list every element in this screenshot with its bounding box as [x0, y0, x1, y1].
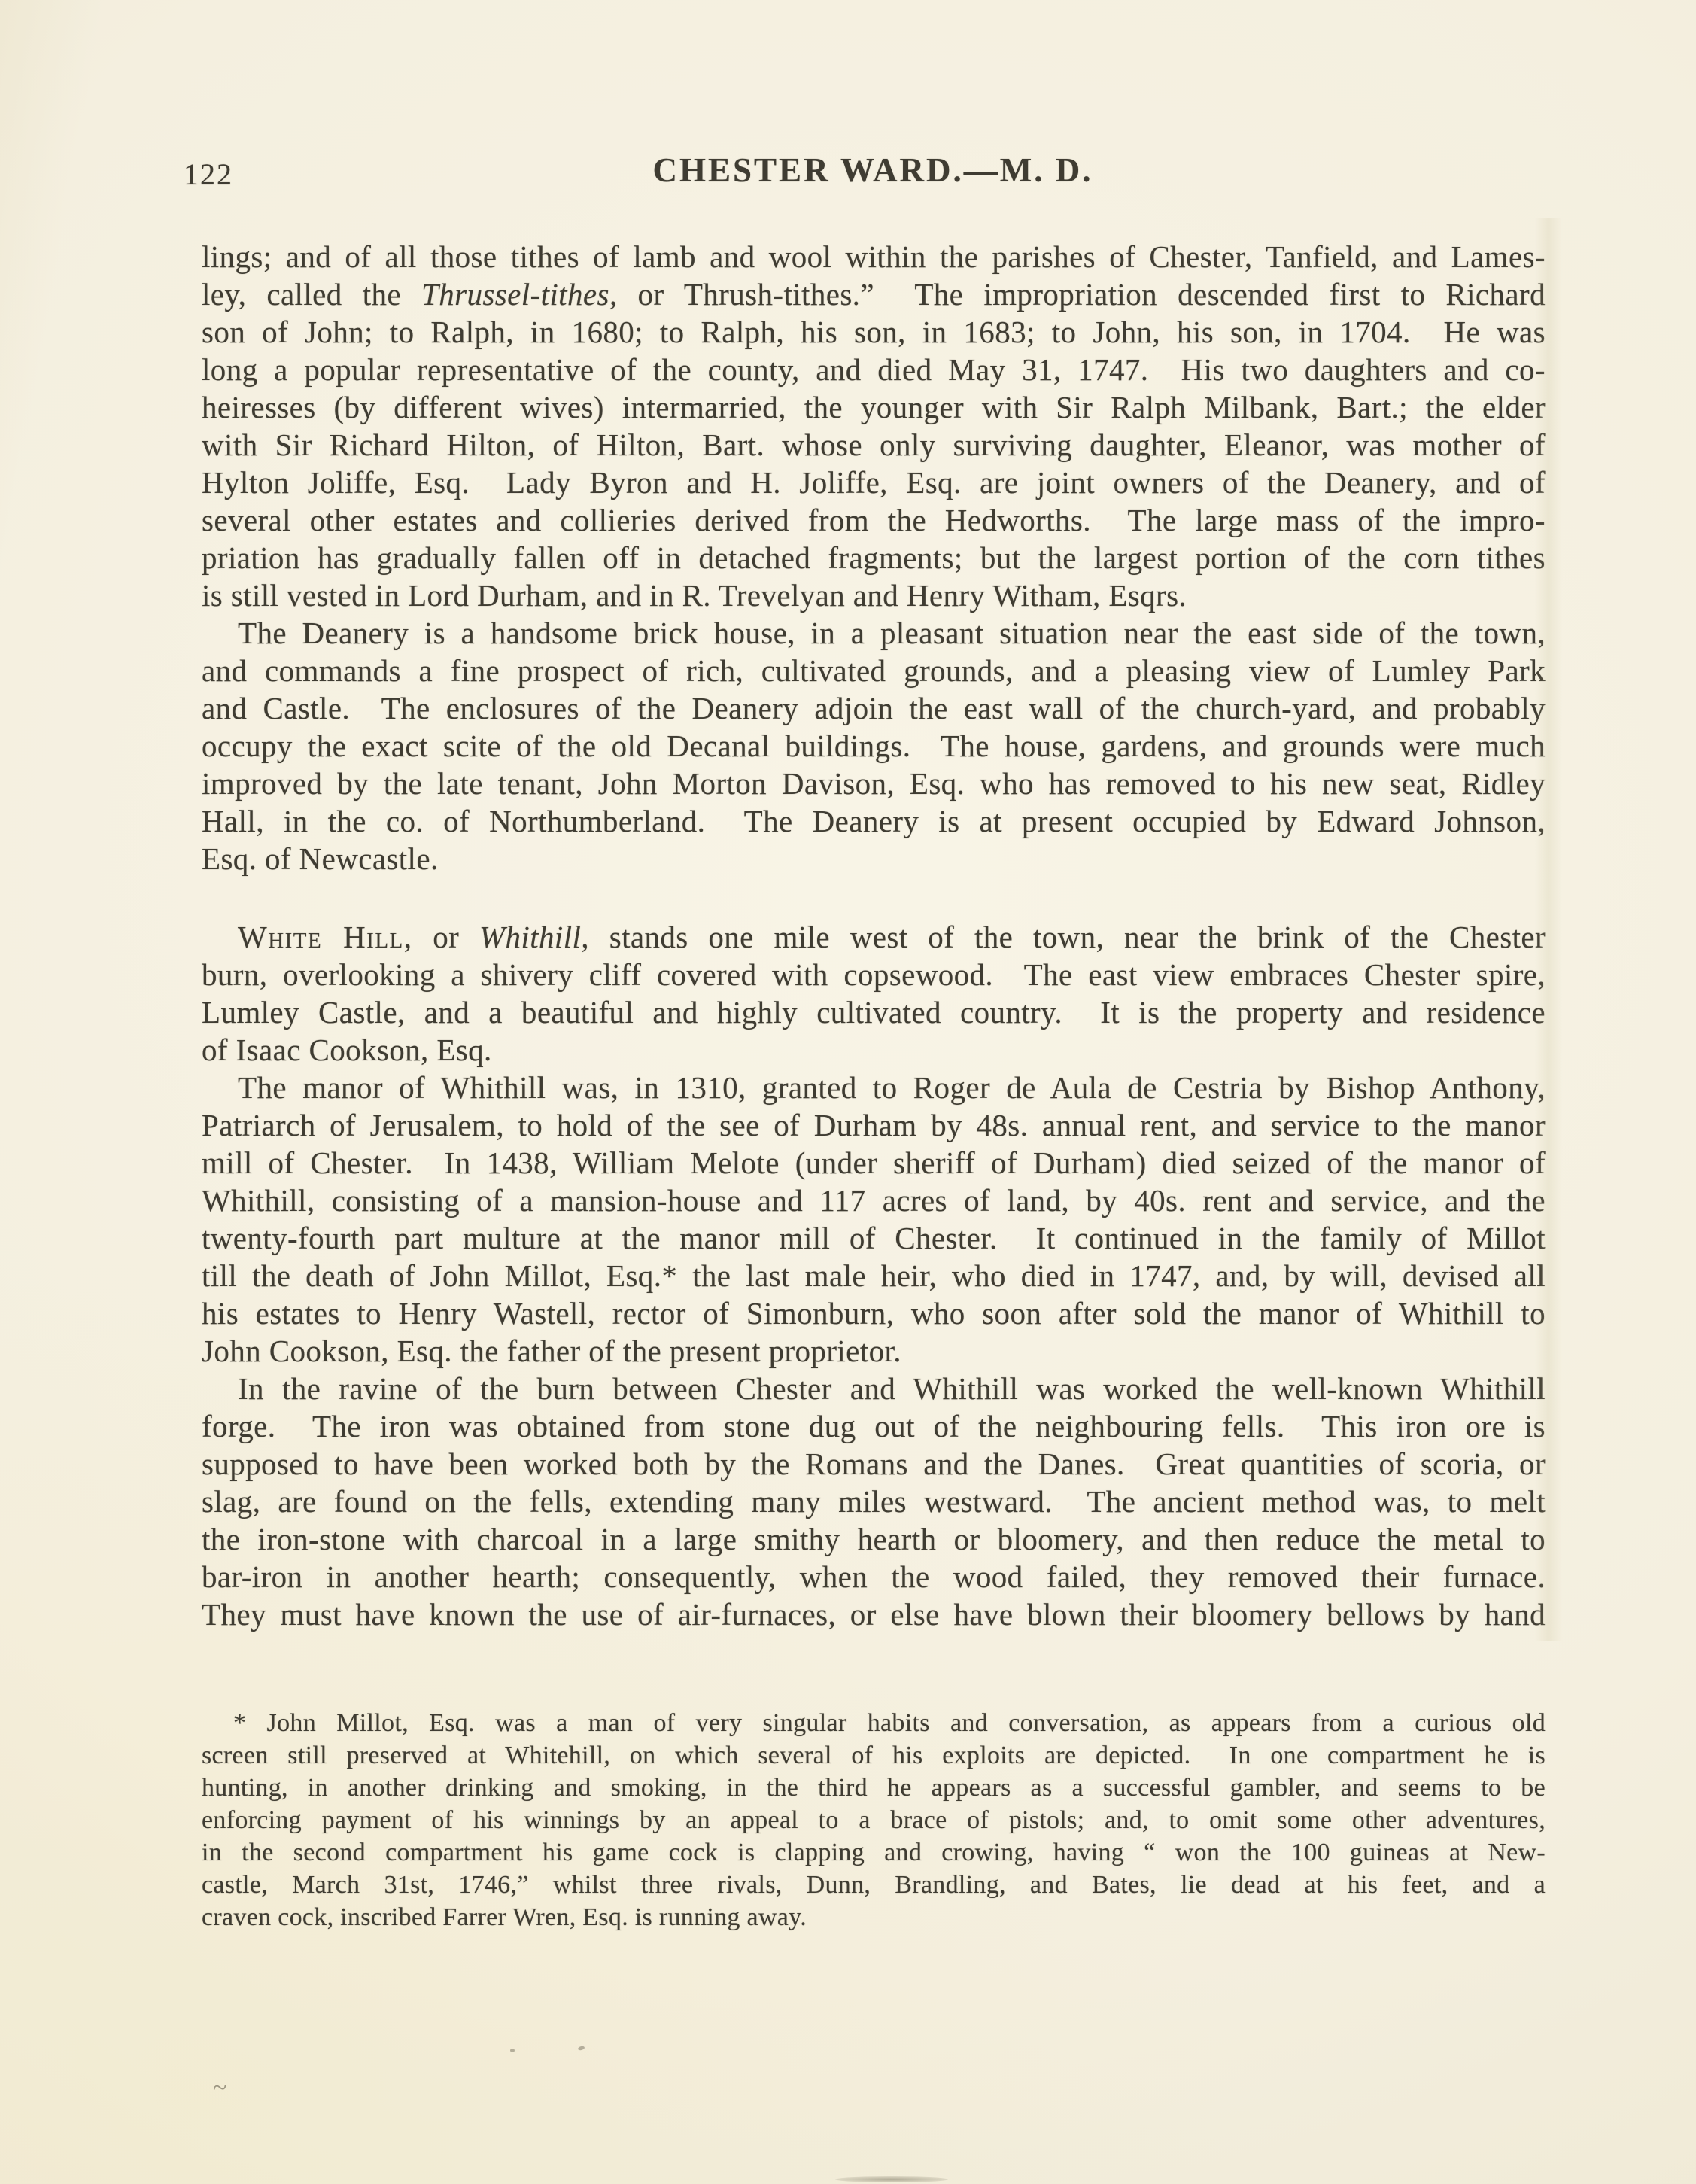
footnote: * John Millot, Esq. was a man of very si…: [202, 1707, 1546, 1933]
text-line: improved by the late tenant, John Morton…: [202, 765, 1546, 802]
scan-tilde-mark: ~: [213, 2074, 226, 2103]
paragraph-whithill-forge: In the ravine of the burn between Cheste…: [202, 1370, 1546, 1633]
text-line: forge. The iron was obtained from stone …: [202, 1407, 1546, 1445]
text-line: Lumley Castle, and a beautiful and highl…: [202, 993, 1546, 1031]
text-line: occupy the exact scite of the old Decana…: [202, 727, 1546, 765]
scan-speck: [510, 2049, 515, 2052]
running-head: CHESTER WARD.—M. D.: [202, 151, 1544, 190]
text-line: supposed to have been worked both by the…: [202, 1445, 1546, 1483]
text-line: John Cookson, Esq. the father of the pre…: [202, 1332, 1546, 1370]
text-line: of Isaac Cookson, Esq.: [202, 1031, 1546, 1069]
footnote-line: enforcing payment of his winnings by an …: [202, 1804, 1546, 1836]
paragraph-impropriation: lings; and of all those tithes of lamb a…: [202, 238, 1546, 614]
text-line: priation has gradually fallen off in det…: [202, 539, 1546, 576]
text-line: his estates to Henry Wastell, rector of …: [202, 1294, 1546, 1332]
footnote-line: craven cock, inscribed Farrer Wren, Esq.…: [202, 1901, 1546, 1933]
text-line: The manor of Whithill was, in 1310, gran…: [202, 1069, 1546, 1106]
text-line: Hall, in the co. of Northumberland. The …: [202, 802, 1546, 840]
scan-smudge: [835, 2176, 948, 2182]
text-line: long a popular representative of the cou…: [202, 351, 1546, 388]
text-line: ley, called the Thrussel-tithes, or Thru…: [202, 275, 1546, 313]
text-line: heiresses (by different wives) intermarr…: [202, 388, 1546, 426]
body-text: lings; and of all those tithes of lamb a…: [202, 238, 1546, 1633]
text-line: slag, are found on the fells, extending …: [202, 1483, 1546, 1520]
footnote-line: castle, March 31st, 1746,” whilst three …: [202, 1869, 1546, 1901]
text-line: In the ravine of the burn between Cheste…: [202, 1370, 1546, 1407]
text-line: Hylton Joliffe, Esq. Lady Byron and H. J…: [202, 464, 1546, 501]
scan-speck: [578, 2046, 585, 2051]
text-line: is still vested in Lord Durham, and in R…: [202, 576, 1546, 614]
text-line: mill of Chester. In 1438, William Melote…: [202, 1144, 1546, 1182]
text-line: the iron-stone with charcoal in a large …: [202, 1520, 1546, 1558]
text-line: son of John; to Ralph, in 1680; to Ralph…: [202, 313, 1546, 351]
text-line: and commands a fine prospect of rich, cu…: [202, 652, 1546, 689]
text-line: and Castle. The enclosures of the Deaner…: [202, 689, 1546, 727]
text-line: White Hill, or Whithill, stands one mile…: [202, 918, 1546, 956]
footnote-line: * John Millot, Esq. was a man of very si…: [202, 1707, 1546, 1739]
scanned-book-page: { "page": { "number": "122", "header": "…: [0, 0, 1696, 2184]
text-line: Patriarch of Jerusalem, to hold of the s…: [202, 1106, 1546, 1144]
text-line: The Deanery is a handsome brick house, i…: [202, 614, 1546, 652]
footnote-line: in the second compartment his game cock …: [202, 1836, 1546, 1869]
text-line: twenty-fourth part multure at the manor …: [202, 1219, 1546, 1257]
paragraph-manor-of-whithill: The manor of Whithill was, in 1310, gran…: [202, 1069, 1546, 1370]
text-line: burn, overlooking a shivery cliff covere…: [202, 956, 1546, 993]
text-line: till the death of John Millot, Esq.* the…: [202, 1257, 1546, 1294]
paragraph-white-hill: White Hill, or Whithill, stands one mile…: [202, 918, 1546, 1069]
footnote-line: screen still preserved at Whitehill, on …: [202, 1739, 1546, 1772]
text-line: Whithill, consisting of a mansion-house …: [202, 1182, 1546, 1219]
text-line: with Sir Richard Hilton, of Hilton, Bart…: [202, 426, 1546, 464]
text-line: lings; and of all those tithes of lamb a…: [202, 238, 1546, 275]
text-line: bar-iron in another hearth; consequently…: [202, 1558, 1546, 1595]
text-line: They must have known the use of air-furn…: [202, 1595, 1546, 1633]
text-line: several other estates and collieries der…: [202, 501, 1546, 539]
footnote-line: hunting, in another drinking and smoking…: [202, 1772, 1546, 1804]
text-line: Esq. of Newcastle.: [202, 840, 1546, 878]
paragraph-deanery: The Deanery is a handsome brick house, i…: [202, 614, 1546, 878]
